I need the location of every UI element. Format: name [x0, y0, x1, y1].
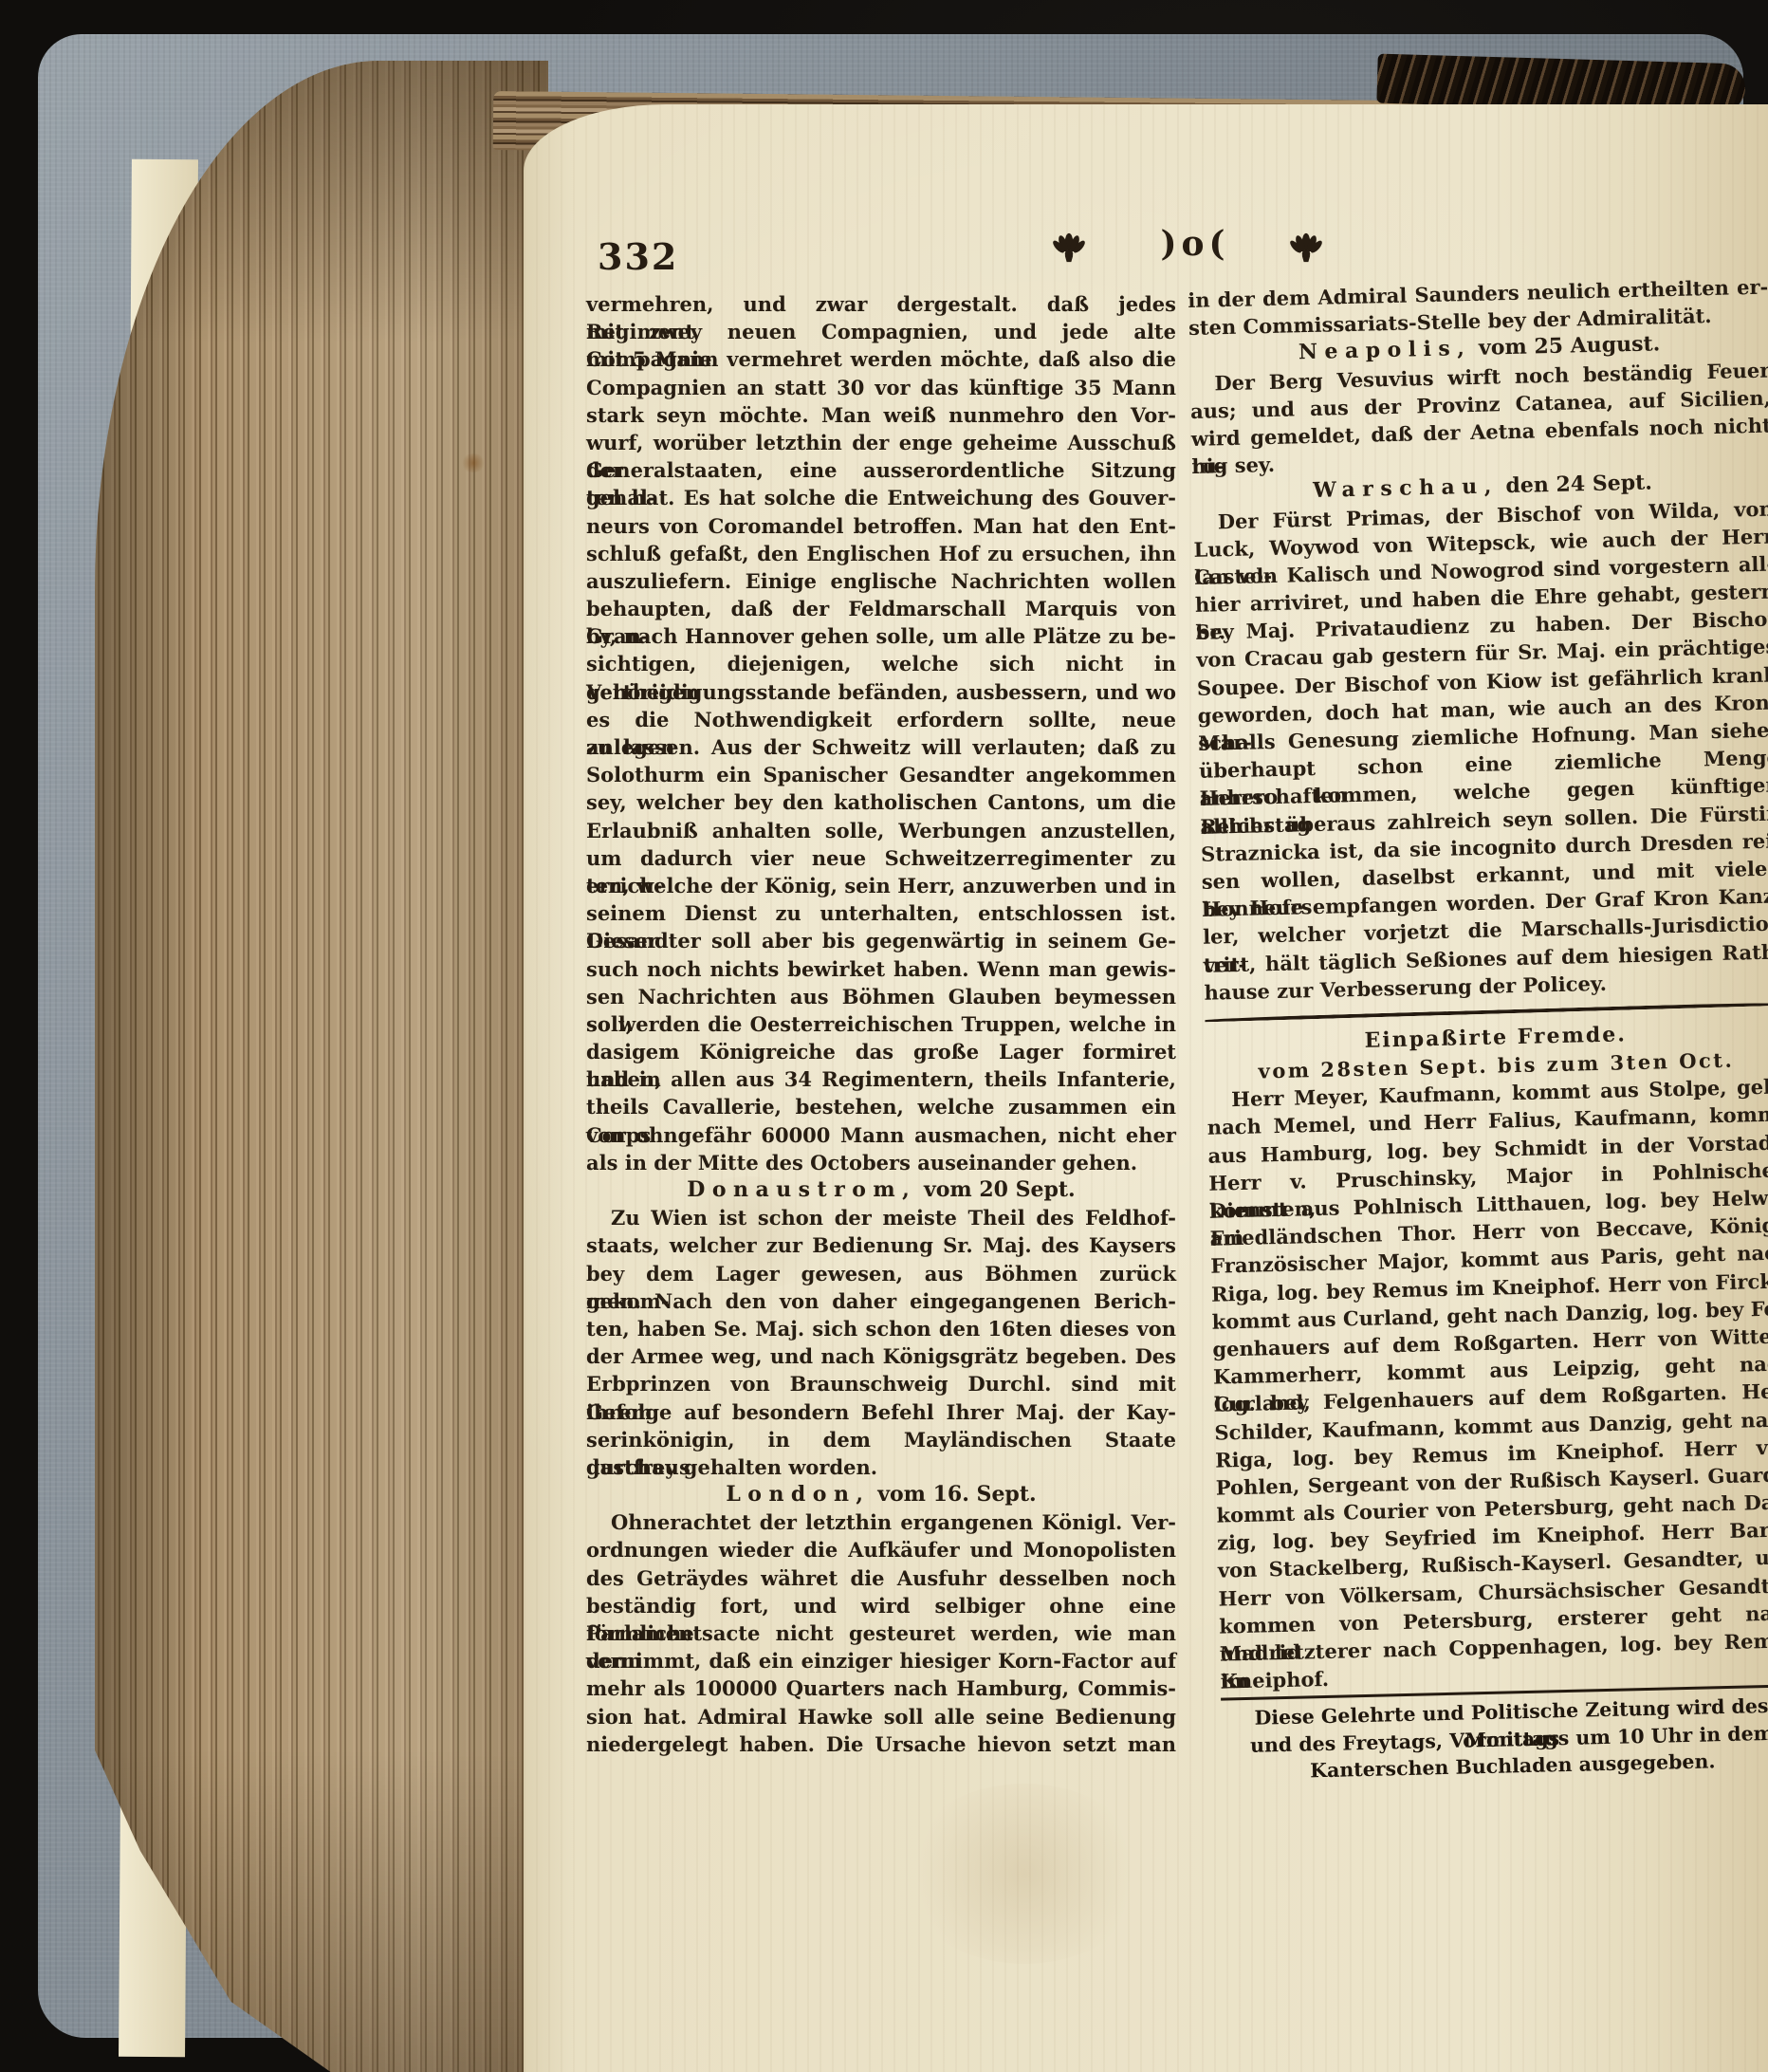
text-line: dasigem Königreiche das große Lager form… [586, 1038, 1176, 1065]
text-line: staats, welcher zur Bedienung Sr. Maj. d… [586, 1231, 1176, 1259]
dateline-city: Warschau, [1313, 474, 1499, 504]
text-line: vernimmt, daß ein einziger hiesiger Korn… [586, 1647, 1176, 1674]
text-line: gastfrey gehalten worden. [586, 1453, 1176, 1481]
text-line: so werden die Oesterreichischen Truppen,… [586, 1010, 1176, 1038]
page-stack-fore-edge [95, 61, 548, 2072]
text-line: sion hat. Admiral Hawke soll alle seine … [586, 1703, 1176, 1730]
text-line: des Geträydes währet die Ausfuhr desselb… [586, 1564, 1176, 1592]
text-line: mit zwey neuen Compagnien, und jede alte… [586, 318, 1176, 345]
text-line: by, nach Hannover gehen solle, um alle P… [586, 622, 1176, 650]
dateline-city: Neapolis, [1298, 336, 1472, 364]
text-line: behaupten, daß der Feldmarschall Marquis… [586, 595, 1176, 622]
text-line: von ohngefähr 60000 Mann ausmachen, nich… [586, 1121, 1176, 1149]
text-line: sen Nachrichten aus Böhmen Glauben beyme… [586, 983, 1176, 1010]
ink-stain [461, 453, 486, 472]
dateline-city: Donaustrom, [687, 1177, 916, 1202]
text-line: um dadurch vier neue Schweitzerregimente… [586, 844, 1176, 872]
text-line: theils Cavallerie, bestehen, welche zusa… [586, 1093, 1176, 1120]
text-line: Solothurm ein Spanischer Gesandter angek… [586, 761, 1176, 788]
fleuron-icon [1288, 231, 1324, 268]
text-line: vermehren, und zwar dergestalt. daß jede… [586, 290, 1176, 318]
text-line: zu lassen. Aus der Schweitz will verlaut… [586, 733, 1176, 761]
text-line: als in der Mitte des Octobers auseinande… [586, 1149, 1176, 1176]
text-line: ten, welche der König, sein Herr, anzuwe… [586, 872, 1176, 899]
dateline-date: vom 20 Sept. [916, 1177, 1075, 1202]
text-line: ordnungen wieder die Aufkäufer und Monop… [586, 1536, 1176, 1563]
text-line: Generalstaaten, eine ausserordentliche S… [586, 456, 1176, 484]
dateline-heading: Donaustrom, vom 20 Sept. [586, 1176, 1176, 1204]
text-line: Parlamentsacte nicht gesteuret werden, w… [586, 1619, 1176, 1647]
text-line: sey, welcher bey den katholischen Canton… [586, 788, 1176, 816]
text-line: Erlaubniß anhalten solle, Werbungen anzu… [586, 817, 1176, 844]
text-line: bey dem Lager gewesen, aus Böhmen zurück… [586, 1260, 1176, 1287]
dateline-heading: London, vom 16. Sept. [586, 1481, 1176, 1508]
text-line: ten, haben Se. Maj. sich schon den 16ten… [586, 1315, 1176, 1342]
text-line: such noch nichts bewirket haben. Wenn ma… [586, 955, 1176, 983]
text-line: es die Nothwendigkeit erfordern sollte, … [586, 706, 1176, 733]
right-column: in der dem Admiral Saunders neulich erth… [1188, 273, 1768, 1787]
dateline-city: London, [726, 1482, 870, 1507]
dateline-date: vom 25 August. [1471, 332, 1661, 361]
text-line: ten hat. Es hat solche die Entweichung d… [586, 484, 1176, 511]
text-line: beständig fort, und wird selbiger ohne e… [586, 1592, 1176, 1619]
left-column: vermehren, und zwar dergestalt. daß jede… [586, 290, 1176, 1758]
page-footer: Diese Gelehrte und Politische Zeitung wi… [1221, 1685, 1768, 1787]
text-line: niedergelegt haben. Die Ursache hievon s… [586, 1730, 1176, 1758]
book-photo-scene: 332 )o( [0, 0, 1768, 2072]
text-line: Vertheidigungsstande befänden, ausbesser… [586, 678, 1176, 706]
text-line: sichtigen, diejenigen, welche sich nicht… [586, 650, 1176, 677]
text-line: wurf, worüber letzthin der enge geheime … [586, 429, 1176, 456]
text-line: serinkönigin, in dem Mayländischen Staat… [586, 1426, 1176, 1453]
text-line: Gesandter soll aber bis gegenwärtig in s… [586, 927, 1176, 954]
fleuron-icon [1051, 231, 1087, 268]
paper-stain [901, 1784, 1148, 1964]
text-line: auszuliefern. Einige englische Nachricht… [586, 567, 1176, 595]
text-line: stark seyn möchte. Man weiß nunmehro den… [586, 401, 1176, 429]
dateline-date: vom 16. Sept. [871, 1482, 1037, 1507]
text-line: mehr als 100000 Quarters nach Hamburg, C… [586, 1674, 1176, 1702]
text-line: Ohnerachtet der letzthin ergangenen Köni… [586, 1508, 1176, 1536]
text-line: Gefolge auf besondern Befehl Ihrer Maj. … [586, 1398, 1176, 1426]
dateline-date: den 24 Sept. [1499, 471, 1653, 499]
text-line: men. Nach den von daher eingegangenen Be… [586, 1287, 1176, 1315]
signature-mark: )o( [1150, 224, 1241, 264]
text-line: der Armee weg, und nach Königsgrätz bege… [586, 1342, 1176, 1370]
text-line: und in allen aus 34 Regimentern, theils … [586, 1065, 1176, 1093]
text-line: mit 5 Mann vermehret werden möchte, daß … [586, 345, 1176, 373]
text-line: Erbprinzen von Braunschweig Durchl. sind… [586, 1370, 1176, 1397]
header-ornament-row: )o( [1043, 228, 1347, 277]
text-line: Compagnien an statt 30 vor das künftige … [586, 374, 1176, 401]
text-line: neurs von Coromandel betroffen. Man hat … [586, 512, 1176, 540]
right-column-text: in der dem Admiral Saunders neulich erth… [1188, 273, 1768, 1695]
text-line: seinem Dienst zu unterhalten, entschloss… [586, 899, 1176, 927]
text-line: Zu Wien ist schon der meiste Theil des F… [586, 1204, 1176, 1231]
text-line: schluß gefaßt, den Englischen Hof zu ers… [586, 540, 1176, 567]
page-number: 332 [598, 235, 678, 278]
